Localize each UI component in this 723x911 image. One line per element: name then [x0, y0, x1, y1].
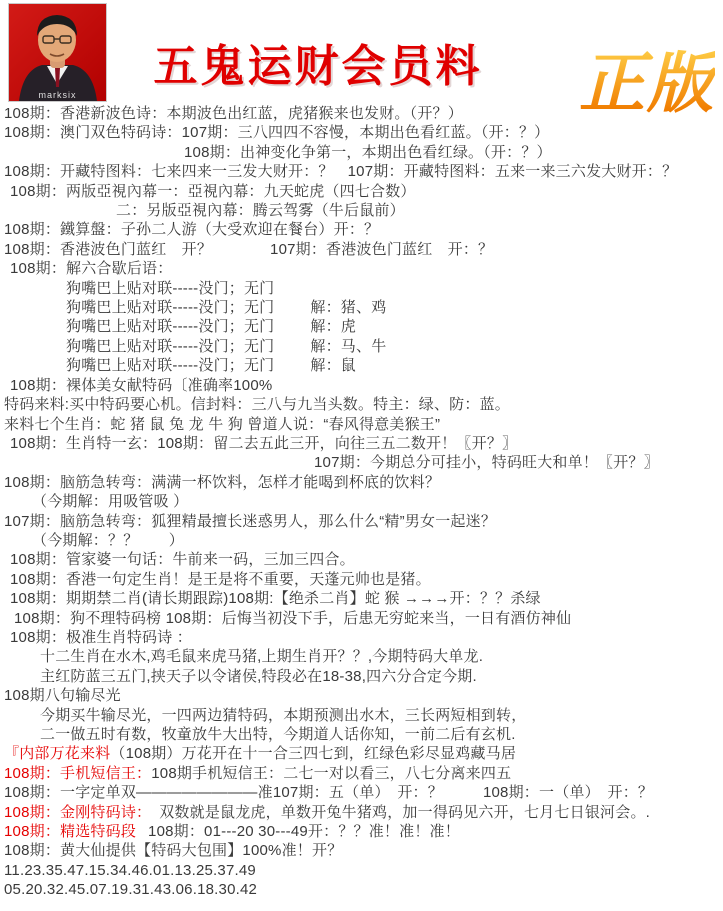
- text-line: 狗嘴巴上贴对联-----没门；无门解：鼠: [4, 356, 719, 375]
- line-text: 108期：裸体美女献特码〔准确率100%: [10, 376, 272, 395]
- portrait-illustration: [9, 4, 106, 101]
- line-text: 二：另版亞視內幕：腾云驾雾（牛后鼠前）: [116, 201, 405, 220]
- line-text: 108期：两版亞視內幕一：亞視內幕：九天蛇虎（四七合数）: [10, 182, 416, 201]
- text-line: 狗嘴巴上贴对联-----没门；无门解：猪、鸡: [4, 298, 719, 317]
- text-line: 狗嘴巴上贴对联-----没门；无门: [4, 279, 719, 298]
- line-text: 107期：今期总分可挂小，特码旺大和单！〖开？〗: [314, 453, 659, 472]
- line-text: 狗嘴巴上贴对联-----没门；无门: [66, 317, 274, 336]
- text-line: 108期：管家婆一句话：牛前来一码，三加三四合。: [4, 550, 719, 569]
- text-line: 108期：手机短信王：108期手机短信王：二七一对以看三，八七分离来四五: [4, 764, 719, 783]
- line-text: 108期：黄大仙提供【特码大包围】100%准！开？: [4, 841, 342, 860]
- text-line: 『内部万花来料（108期）万花开在十一合三四七到，红绿色彩尽显鸡藏马居: [4, 744, 719, 763]
- text-line: 108期：黄大仙提供【特码大包围】100%准！开？: [4, 841, 719, 860]
- line-text: 主红防蓝三五门,挟天子以令诸侯,特段必在18-38,四六分合定今期.: [40, 667, 477, 686]
- line-text: 108期：一（单） 开：？: [483, 783, 653, 802]
- line-text: 108期八句输尽光: [4, 686, 121, 705]
- line-text: 108期：澳门双色特码诗：107期：三八四四不容慢，本期出色看红蓝。（开：？）: [4, 123, 549, 142]
- line-text: 今期买牛输尽光，一四两边猜特码，本期预测出水木，三长两短相到转，: [40, 706, 526, 725]
- line-text: （今期解：用吸管吸 ）: [32, 492, 188, 511]
- photo-watermark: marksix: [9, 90, 106, 100]
- highlighted-label: 108期：手机短信王：: [4, 764, 151, 783]
- line-text: 二一做五时有数，牧童放牛大出特，今期道人话你知，一前二后有玄机.: [40, 725, 516, 744]
- line-text: 双数就是鼠龙虎，单数开兔牛猪鸡，加一得码见六开，七月七日银河会。.: [159, 803, 650, 822]
- line-text: 108期：一字定单双————————准107期：五（单） 开：？: [4, 783, 443, 802]
- line-text: 108期：脑筋急转弯：满满一杯饮料，怎样才能喝到杯底的饮料？: [4, 473, 440, 492]
- line-text: 108期：期期禁二肖(请长期跟踪)108期:【绝杀二肖】蛇 猴 →→→开：？？杀…: [10, 589, 541, 608]
- portrait-photo: marksix: [8, 3, 107, 102]
- header: marksix 五鬼运财会员料 正版: [0, 0, 723, 104]
- text-line: 108期：极准生肖特码诗 ：: [4, 628, 719, 647]
- text-line: 108期八句输尽光: [4, 686, 719, 705]
- line-text: 108期：解六合歇后语：: [10, 259, 172, 278]
- text-line: （今期解：？？ ）: [4, 531, 719, 550]
- text-line: 108期：金刚特码诗：双数就是鼠龙虎，单数开兔牛猪鸡，加一得码见六开，七月七日银…: [4, 803, 719, 822]
- line-text: 108期：开藏特图料：七来四来一三发大财开：？: [4, 162, 334, 181]
- line-text: 108期手机短信王：二七一对以看三，八七分离来四五: [151, 764, 511, 783]
- text-line: 108期：一字定单双————————准107期：五（单） 开：？108期：一（单…: [4, 783, 719, 802]
- content-lines: 108期：香港新波色诗：本期波色出红蓝，虎猪猴来也发财。（开？）108期：澳门双…: [4, 104, 719, 900]
- line-text: 解：鼠: [310, 356, 356, 375]
- text-line: 108期：两版亞視內幕一：亞視內幕：九天蛇虎（四七合数）: [4, 182, 719, 201]
- text-line: 108期：澳门双色特码诗：107期：三八四四不容慢，本期出色看红蓝。（开：？）: [4, 123, 719, 142]
- line-text: 108期：鐵算盤：子孙二人游（大受欢迎在餐台）开：？: [4, 220, 379, 239]
- text-line: 108期：开藏特图料：七来四来一三发大财开：？107期：开藏特图料：五来一来三六…: [4, 162, 719, 181]
- line-text: 解：虎: [310, 317, 356, 336]
- text-line: 107期：今期总分可挂小，特码旺大和单！〖开？〗: [4, 453, 719, 472]
- highlighted-label: 『内部万花来料: [4, 744, 110, 763]
- line-text: 108期：极准生肖特码诗 ：: [10, 628, 192, 647]
- text-line: 108期：脑筋急转弯：满满一杯饮料，怎样才能喝到杯底的饮料？: [4, 473, 719, 492]
- line-text: 108期：香港新波色诗：本期波色出红蓝，虎猪猴来也发财。（开？）: [4, 104, 463, 123]
- line-text: 108期：生肖特一玄：108期：留二去五此三开，向往三五二数开！〖开？〗: [10, 434, 517, 453]
- text-line: 108期：香港一句定生肖！是王是将不重要，天蓬元帅也是猪。: [4, 570, 719, 589]
- text-line: 二一做五时有数，牧童放牛大出特，今期道人话你知，一前二后有玄机.: [4, 725, 719, 744]
- text-line: 108期：裸体美女献特码〔准确率100%: [4, 376, 719, 395]
- line-text: 108期：狗不理特码榜 108期：后悔当初没下手，后患无穷蛇来当，一日有酒仿神仙: [14, 609, 571, 628]
- line-text: 狗嘴巴上贴对联-----没门；无门: [66, 356, 274, 375]
- line-text: 十二生肖在水木,鸡毛鼠来虎马猪,上期生肖开？？,今期特码大单龙.: [40, 647, 483, 666]
- line-text: 特码来料:买中特码要心机。信封料：三八与九当头数。特主：绿、防：蓝。: [4, 395, 510, 414]
- line-text: 107期：香港波色门蓝红 开：？: [270, 240, 493, 259]
- text-line: 107期：脑筋急转弯：狐狸精最擅长迷惑男人，那么什么“精”男女一起迷？: [4, 512, 719, 531]
- line-text: 解：马、牛: [310, 337, 386, 356]
- line-text: 108期：01---20 30---49开：？？准！准！准！: [148, 822, 460, 841]
- line-text: （今期解：？？ ）: [32, 531, 184, 550]
- text-line: 今期买牛输尽光，一四两边猜特码，本期预测出水木，三长两短相到转，: [4, 706, 719, 725]
- line-text: 11.23.35.47.15.34.46.01.13.25.37.49: [4, 861, 256, 880]
- text-line: 狗嘴巴上贴对联-----没门；无门解：虎: [4, 317, 719, 336]
- text-line: 108期：香港波色门蓝红 开？107期：香港波色门蓝红 开：？: [4, 240, 719, 259]
- text-line: 108期：期期禁二肖(请长期跟踪)108期:【绝杀二肖】蛇 猴 →→→开：？？杀…: [4, 589, 719, 608]
- text-line: （今期解：用吸管吸 ）: [4, 492, 719, 511]
- page-title: 五鬼运财会员料: [118, 30, 518, 94]
- text-line: 主红防蓝三五门,挟天子以令诸侯,特段必在18-38,四六分合定今期.: [4, 667, 719, 686]
- text-line: 108期：解六合歇后语：: [4, 259, 719, 278]
- highlighted-label: 108期：金刚特码诗：: [4, 803, 151, 822]
- text-line: 05.20.32.45.07.19.31.43.06.18.30.42: [4, 880, 719, 899]
- text-line: 来料七个生肖：蛇 猪 鼠 兔 龙 牛 狗 曾道人说：“春风得意美猴王”: [4, 415, 719, 434]
- line-text: 狗嘴巴上贴对联-----没门；无门: [66, 279, 274, 298]
- text-line: 11.23.35.47.15.34.46.01.13.25.37.49: [4, 861, 719, 880]
- line-text: 狗嘴巴上贴对联-----没门；无门: [66, 298, 274, 317]
- text-line: 108期：狗不理特码榜 108期：后悔当初没下手，后患无穷蛇来当，一日有酒仿神仙: [4, 609, 719, 628]
- text-line: 108期：出神变化争第一，本期出色看红绿。（开：？）: [4, 143, 719, 162]
- text-line: 狗嘴巴上贴对联-----没门；无门解：马、牛: [4, 337, 719, 356]
- text-line: 特码来料:买中特码要心机。信封料：三八与九当头数。特主：绿、防：蓝。: [4, 395, 719, 414]
- line-text: 108期：香港一句定生肖！是王是将不重要，天蓬元帅也是猪。: [10, 570, 431, 589]
- highlighted-label: 108期：精选特码段: [4, 822, 136, 841]
- line-text: 解：猪、鸡: [310, 298, 386, 317]
- text-line: 108期：鐵算盤：子孙二人游（大受欢迎在餐台）开：？: [4, 220, 719, 239]
- text-line: 108期：生肖特一玄：108期：留二去五此三开，向往三五二数开！〖开？〗: [4, 434, 719, 453]
- text-line: 十二生肖在水木,鸡毛鼠来虎马猪,上期生肖开？？,今期特码大单龙.: [4, 647, 719, 666]
- line-text: 107期：开藏特图料：五来一来三六发大财开：？: [348, 162, 678, 181]
- text-line: 108期：精选特码段108期：01---20 30---49开：？？准！准！准！: [4, 822, 719, 841]
- text-line: 二：另版亞視內幕：腾云驾雾（牛后鼠前）: [4, 201, 719, 220]
- line-text: 来料七个生肖：蛇 猪 鼠 兔 龙 牛 狗 曾道人说：“春风得意美猴王”: [4, 415, 440, 434]
- line-text: 108期：管家婆一句话：牛前来一码，三加三四合。: [10, 550, 355, 569]
- line-text: 108期：香港波色门蓝红 开？: [4, 240, 212, 259]
- line-text: 107期：脑筋急转弯：狐狸精最擅长迷惑男人，那么什么“精”男女一起迷？: [4, 512, 496, 531]
- line-text: 狗嘴巴上贴对联-----没门；无门: [66, 337, 274, 356]
- line-text: （108期）万花开在十一合三四七到，红绿色彩尽显鸡藏马居: [110, 744, 516, 763]
- line-text: 108期：出神变化争第一，本期出色看红绿。（开：？）: [184, 143, 552, 162]
- line-text: 05.20.32.45.07.19.31.43.06.18.30.42: [4, 880, 257, 899]
- edition-badge: 正版: [579, 30, 715, 125]
